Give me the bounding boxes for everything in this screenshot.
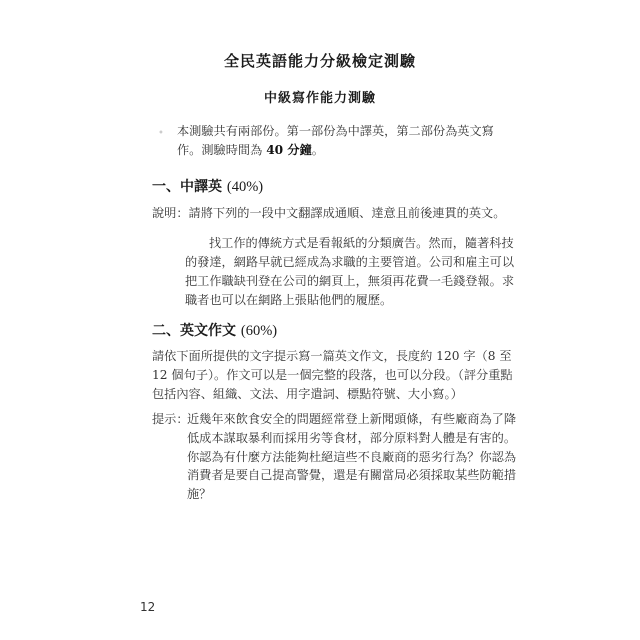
section1-weight: (40%) <box>227 179 263 195</box>
intro-time: 40 分鐘 <box>266 143 312 157</box>
intro-end: 。 <box>312 143 324 157</box>
exam-title: 全民英語能力分級檢定測驗 <box>0 50 640 71</box>
page-number: 12 <box>140 600 155 614</box>
hint-label: 提示： <box>152 410 189 427</box>
intro-paragraph: • 本測驗共有兩部份。第一部份為中譯英，第二部份為英文寫作。測驗時間為 40 分… <box>177 122 517 160</box>
intro-text: 本測驗共有兩部份。第一部份為中譯英，第二部份為英文寫作。測驗時間為 <box>177 124 494 157</box>
section1-passage: 找工作的傳統方式是看報紙的分類廣告。然而，隨著科技的發達，網路早就已經成為求職的… <box>185 234 515 310</box>
section2-weight: (60%) <box>241 323 277 339</box>
section1-title: 一、中譯英 <box>152 179 222 195</box>
bullet-icon: • <box>158 124 168 132</box>
section2-heading: 二、英文作文 (60%) <box>152 320 277 340</box>
exam-subtitle: 中級寫作能力測驗 <box>0 87 640 106</box>
hint-text: 近幾年來飲食安全的問題經常登上新聞頭條，有些廠商為了降低成本謀取暴利而採用劣等食… <box>187 410 517 504</box>
document-page: 全民英語能力分級檢定測驗 中級寫作能力測驗 • 本測驗共有兩部份。第一部份為中譯… <box>0 0 640 640</box>
section1-instruction: 說明：請將下列的一段中文翻譯成通順、達意且前後連貫的英文。 <box>152 204 505 221</box>
section1-heading: 一、中譯英 (40%) <box>152 176 263 196</box>
section2-title: 二、英文作文 <box>152 323 236 339</box>
section2-instruction: 請依下面所提供的文字提示寫一篇英文作文，長度約 120 字（8 至 12 個句子… <box>152 347 518 404</box>
